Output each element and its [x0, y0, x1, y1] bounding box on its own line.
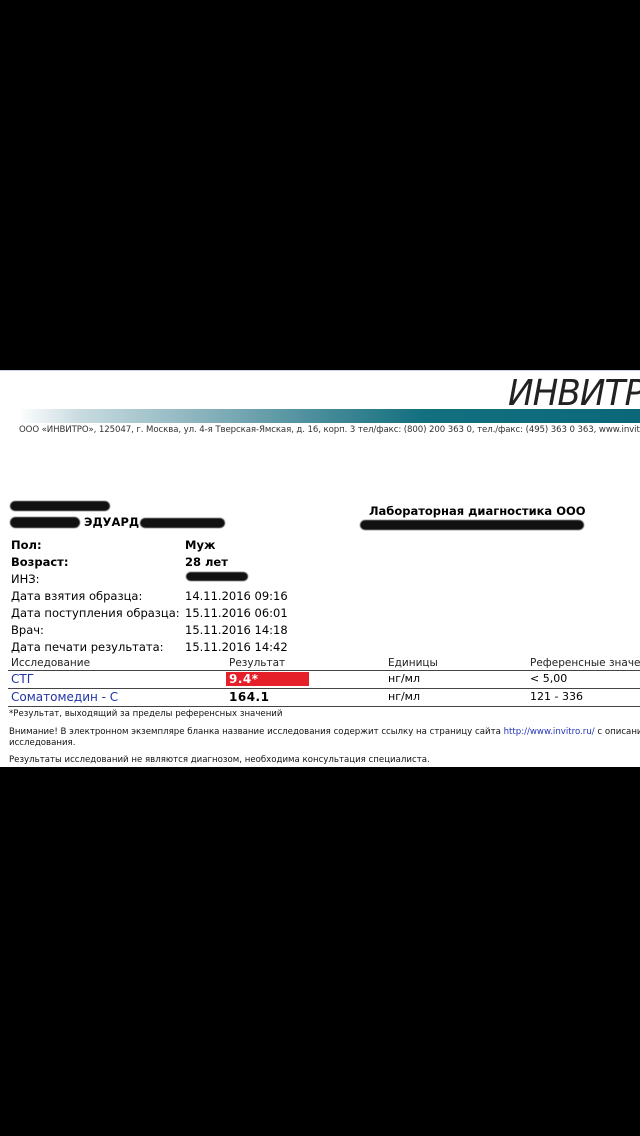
- field-label: Врач:: [11, 623, 44, 637]
- column-header-result: Результат: [229, 657, 285, 669]
- field-value: 14.11.2016 09:16: [185, 589, 288, 603]
- field-value: 15.11.2016 14:18: [185, 623, 288, 637]
- redacted-patient-id: [10, 501, 110, 511]
- electronic-copy-notice: Внимание! В электронном экземпляре бланк…: [9, 727, 640, 737]
- redacted-inz-number: [186, 572, 248, 581]
- redacted-patronymic: [140, 518, 225, 528]
- field-value: 28 лет: [185, 555, 228, 569]
- field-value: Муж: [185, 538, 215, 552]
- redacted-surname: [10, 517, 80, 528]
- column-header-units: Единицы: [388, 657, 438, 669]
- notice-text: Внимание! В электронном экземпляре бланк…: [9, 727, 504, 737]
- units-value: нг/мл: [388, 690, 420, 703]
- out-of-range-footnote: *Результат, выходящий за пределы референ…: [9, 709, 282, 719]
- lab-report-sheet: ИНВИТРО ООО «ИНВИТРО», 125047, г. Москва…: [0, 370, 640, 767]
- table-divider: [8, 706, 640, 707]
- column-header-test: Исследование: [11, 657, 90, 669]
- reference-value: 121 - 336: [530, 690, 583, 703]
- test-name-link[interactable]: СТГ: [11, 672, 34, 686]
- field-label: Дата взятия образца:: [11, 589, 142, 603]
- table-divider: [8, 670, 640, 671]
- brand-gradient-bar: [18, 409, 640, 423]
- column-header-reference: Референсные значения: [530, 657, 640, 669]
- field-value: 15.11.2016 06:01: [185, 606, 288, 620]
- table-divider: [8, 688, 640, 689]
- reference-value: < 5,00: [530, 672, 567, 685]
- invitro-logo: ИНВИТРО: [508, 373, 640, 414]
- field-label: Пол:: [11, 538, 42, 552]
- redacted-lab-address: [360, 520, 584, 530]
- field-value: 15.11.2016 14:42: [185, 640, 288, 654]
- result-value: 9.4*: [229, 672, 259, 686]
- field-label: Дата поступления образца:: [11, 606, 180, 620]
- patient-first-name: ЭДУАРД: [84, 515, 139, 529]
- notice-text-end: с описанием: [595, 727, 640, 737]
- field-label: Дата печати результата:: [11, 640, 164, 654]
- electronic-copy-notice-line2: исследования.: [9, 738, 75, 748]
- test-name-link[interactable]: Соматомедин - С: [11, 690, 118, 704]
- field-label: ИНЗ:: [11, 572, 40, 586]
- result-value: 164.1: [229, 690, 269, 704]
- company-address: ООО «ИНВИТРО», 125047, г. Москва, ул. 4-…: [19, 425, 640, 435]
- units-value: нг/мл: [388, 672, 420, 685]
- lab-name: Лабораторная диагностика ООО: [369, 504, 586, 518]
- disclaimer: Результаты исследований не являются диаг…: [9, 755, 430, 765]
- invitro-link[interactable]: http://www.invitro.ru/: [504, 727, 595, 737]
- field-label: Возраст:: [11, 555, 68, 569]
